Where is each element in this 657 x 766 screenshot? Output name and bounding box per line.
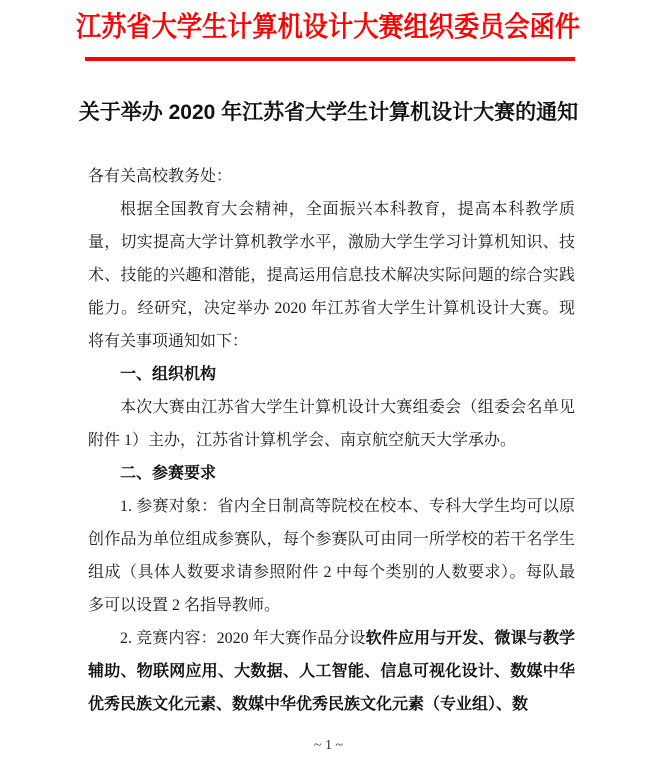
notice-title: 关于举办 2020 年江苏省大学生计算机设计大赛的通知 (0, 98, 657, 128)
letterhead-title: 江苏省大学生计算机设计大赛组织委员会函件 (76, 8, 580, 46)
salutation: 各有关高校教务处： (88, 160, 575, 193)
section-2-heading: 二、参赛要求 (88, 457, 575, 490)
item-2-paragraph: 2. 竞赛内容：2020 年大赛作品分设软件应用与开发、微课与教学辅助、物联网应… (88, 622, 575, 721)
section-1-heading: 一、组织机构 (88, 358, 575, 391)
item-1-paragraph: 1. 参赛对象：省内全日制高等院校在校本、专科大学生均可以原创作品为单位组成参赛… (88, 490, 575, 622)
notice-page: 江苏省大学生计算机设计大赛组织委员会函件 关于举办 2020 年江苏省大学生计算… (0, 0, 657, 766)
item-2-intro-text: 2. 竞赛内容：2020 年大赛作品分设 (120, 630, 366, 647)
letterhead-divider (85, 57, 575, 61)
page-number: ~ 1 ~ (0, 738, 657, 754)
notice-body: 各有关高校教务处： 根据全国教育大会精神，全面振兴本科教育，提高本科教学质量，切… (88, 160, 575, 721)
intro-paragraph: 根据全国教育大会精神，全面振兴本科教育，提高本科教学质量，切实提高大学计算机教学… (88, 193, 575, 358)
section-1-paragraph: 本次大赛由江苏省大学生计算机设计大赛组委会（组委会名单见附件 1）主办，江苏省计… (88, 391, 575, 457)
letterhead: 江苏省大学生计算机设计大赛组织委员会函件 (0, 8, 657, 46)
